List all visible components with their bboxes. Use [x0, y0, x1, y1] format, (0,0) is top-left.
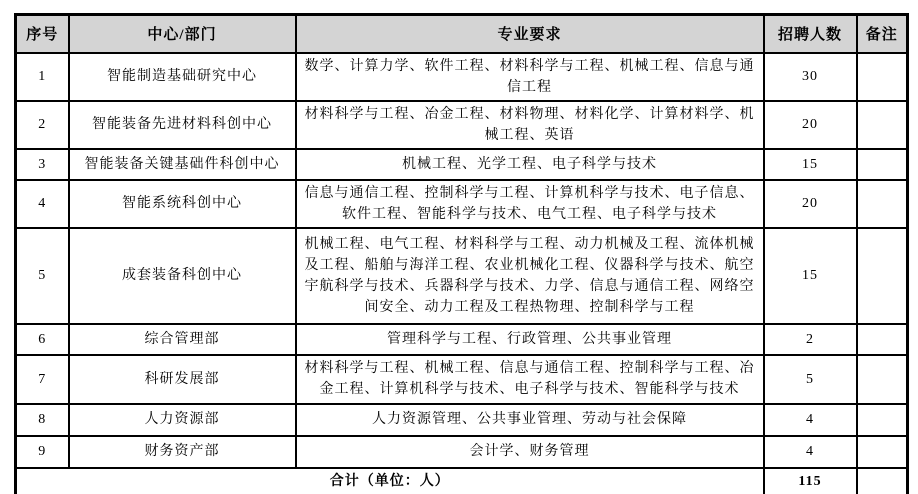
department-name: 科研发展部	[69, 355, 296, 404]
table-row: 2 智能装备先进材料科创中心 材料科学与工程、冶金工程、材料物理、材料化学、计算…	[16, 101, 908, 149]
header-department: 中心/部门	[69, 15, 296, 53]
row-number: 8	[16, 404, 69, 436]
department-name: 智能装备先进材料科创中心	[69, 101, 296, 149]
row-number: 2	[16, 101, 69, 149]
remark	[857, 404, 908, 436]
department-name: 综合管理部	[69, 324, 296, 355]
major-requirements: 信息与通信工程、控制科学与工程、计算机科学与技术、电子信息、软件工程、智能科学与…	[296, 180, 764, 228]
remark	[857, 180, 908, 228]
page: 序号 中心/部门 专业要求 招聘人数 备注 1 智能制造基础研究中心 数学、计算…	[0, 0, 918, 494]
total-count: 115	[764, 468, 857, 494]
total-row: 合计（单位：人） 115	[16, 468, 908, 494]
major-requirements: 材料科学与工程、冶金工程、材料物理、材料化学、计算材料学、机械工程、英语	[296, 101, 764, 149]
department-name: 人力资源部	[69, 404, 296, 436]
department-name: 智能制造基础研究中心	[69, 53, 296, 101]
remark	[857, 149, 908, 180]
major-requirements: 会计学、财务管理	[296, 436, 764, 468]
total-remark	[857, 468, 908, 494]
major-requirements: 管理科学与工程、行政管理、公共事业管理	[296, 324, 764, 355]
remark	[857, 228, 908, 324]
recruit-count: 30	[764, 53, 857, 101]
remark	[857, 436, 908, 468]
department-name: 成套装备科创中心	[69, 228, 296, 324]
recruitment-table: 序号 中心/部门 专业要求 招聘人数 备注 1 智能制造基础研究中心 数学、计算…	[14, 13, 909, 494]
remark	[857, 324, 908, 355]
header-no: 序号	[16, 15, 69, 53]
table-row: 5 成套装备科创中心 机械工程、电气工程、材料科学与工程、动力机械及工程、流体机…	[16, 228, 908, 324]
row-number: 9	[16, 436, 69, 468]
recruit-count: 5	[764, 355, 857, 404]
major-requirements: 机械工程、光学工程、电子科学与技术	[296, 149, 764, 180]
header-row: 序号 中心/部门 专业要求 招聘人数 备注	[16, 15, 908, 53]
major-requirements: 材料科学与工程、机械工程、信息与通信工程、控制科学与工程、冶金工程、计算机科学与…	[296, 355, 764, 404]
department-name: 财务资产部	[69, 436, 296, 468]
major-requirements: 人力资源管理、公共事业管理、劳动与社会保障	[296, 404, 764, 436]
table-row: 6 综合管理部 管理科学与工程、行政管理、公共事业管理 2	[16, 324, 908, 355]
table-row: 7 科研发展部 材料科学与工程、机械工程、信息与通信工程、控制科学与工程、冶金工…	[16, 355, 908, 404]
table-row: 8 人力资源部 人力资源管理、公共事业管理、劳动与社会保障 4	[16, 404, 908, 436]
table-row: 9 财务资产部 会计学、财务管理 4	[16, 436, 908, 468]
recruit-count: 20	[764, 101, 857, 149]
major-requirements: 机械工程、电气工程、材料科学与工程、动力机械及工程、流体机械及工程、船舶与海洋工…	[296, 228, 764, 324]
row-number: 5	[16, 228, 69, 324]
remark	[857, 101, 908, 149]
recruit-count: 2	[764, 324, 857, 355]
major-requirements: 数学、计算力学、软件工程、材料科学与工程、机械工程、信息与通信工程	[296, 53, 764, 101]
department-name: 智能装备关键基础件科创中心	[69, 149, 296, 180]
recruit-count: 4	[764, 436, 857, 468]
header-majors: 专业要求	[296, 15, 764, 53]
department-name: 智能系统科创中心	[69, 180, 296, 228]
header-remark: 备注	[857, 15, 908, 53]
remark	[857, 355, 908, 404]
row-number: 1	[16, 53, 69, 101]
table-row: 1 智能制造基础研究中心 数学、计算力学、软件工程、材料科学与工程、机械工程、信…	[16, 53, 908, 101]
table-row: 3 智能装备关键基础件科创中心 机械工程、光学工程、电子科学与技术 15	[16, 149, 908, 180]
remark	[857, 53, 908, 101]
row-number: 7	[16, 355, 69, 404]
table-row: 4 智能系统科创中心 信息与通信工程、控制科学与工程、计算机科学与技术、电子信息…	[16, 180, 908, 228]
recruit-count: 4	[764, 404, 857, 436]
header-count: 招聘人数	[764, 15, 857, 53]
recruit-count: 15	[764, 228, 857, 324]
recruit-count: 20	[764, 180, 857, 228]
row-number: 3	[16, 149, 69, 180]
row-number: 4	[16, 180, 69, 228]
row-number: 6	[16, 324, 69, 355]
recruit-count: 15	[764, 149, 857, 180]
total-label: 合计（单位：人）	[16, 468, 764, 494]
